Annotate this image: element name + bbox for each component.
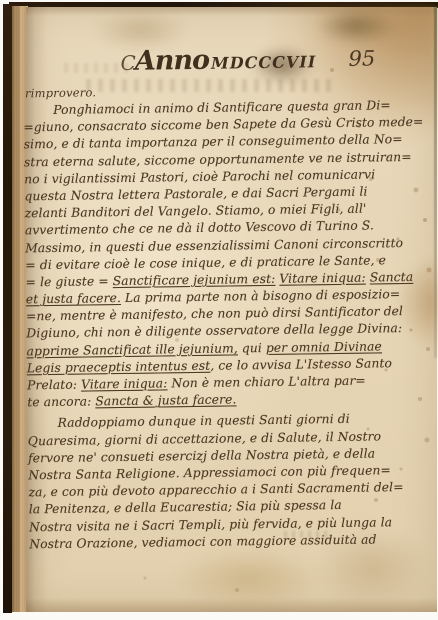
text-block: Ponghiamoci in animo di Santificare ques…: [23, 97, 421, 553]
catchline: rimprovero.: [25, 85, 96, 100]
handwritten-text: te ancora:: [27, 395, 95, 410]
underlined-latin-text: Sancta & justa facere.: [95, 393, 236, 409]
handwritten-text: simo, e di tanta importanza per il conse…: [24, 132, 403, 151]
handwritten-text: , ce lo avvisa L'Istesso Santo: [210, 356, 392, 373]
underlined-latin-text: et justa facere.: [26, 291, 121, 306]
handwritten-text: Nostra Orazione, vediamoci con maggiore …: [29, 532, 376, 551]
heading-script-word: Anno: [135, 45, 210, 77]
underlined-latin-text: Legis praeceptis intentus est: [27, 359, 211, 376]
manuscript-scan: CAnnoMDCCCVII 95 rimprovero. Ponghiamoci…: [0, 0, 438, 620]
heading-roman-numerals: MDCCCVII: [211, 52, 316, 72]
underlined-latin-text: Sanctificare jejunium est:: [113, 272, 276, 288]
manuscript-page: CAnnoMDCCCVII 95 rimprovero. Ponghiamoci…: [26, 7, 437, 612]
underlined-latin-text: Vitare iniqua:: [81, 376, 168, 391]
year-heading: CAnnoMDCCCVII: [120, 42, 420, 77]
calligraphic-flourish: C: [120, 51, 136, 75]
handwritten-text: Quaresima, giorni di accettazione, e di …: [28, 429, 381, 448]
book-binding-gutter: [3, 4, 12, 613]
handwritten-text: avvertimento che ce ne dà il dotto Vesco…: [25, 219, 374, 238]
handwritten-text: Nostra visita ne i Sacri Templi, più fer…: [29, 515, 392, 534]
ink-layer: CAnnoMDCCCVII 95 rimprovero. Ponghiamoci…: [22, 2, 438, 613]
handwritten-text: Raddoppiamo dunque in questi Santi giorn…: [57, 412, 349, 430]
page-number: 95: [348, 46, 375, 70]
handwritten-text: la Penitenza, e della Eucarestia; Sia pi…: [29, 498, 342, 516]
underlined-latin-text: per omnia Divinae: [266, 339, 382, 355]
handwritten-text: Non è men chiaro L'altra par=: [167, 374, 366, 391]
handwritten-text: qui: [238, 341, 266, 355]
underlined-latin-text: apprime Sanctificat ille jejunium,: [26, 341, 237, 358]
handwritten-text: = le giuste =: [26, 274, 113, 289]
handwritten-text: Prelato:: [27, 378, 81, 393]
underlined-latin-text: Vitare iniqua:: [279, 270, 366, 285]
handwritten-text: za, e con più devoto apparecchio a i San…: [28, 480, 403, 499]
underlined-latin-text: Sancta: [370, 270, 414, 285]
handwritten-text: La prima parte non à bisogno di esposizi…: [121, 287, 401, 305]
